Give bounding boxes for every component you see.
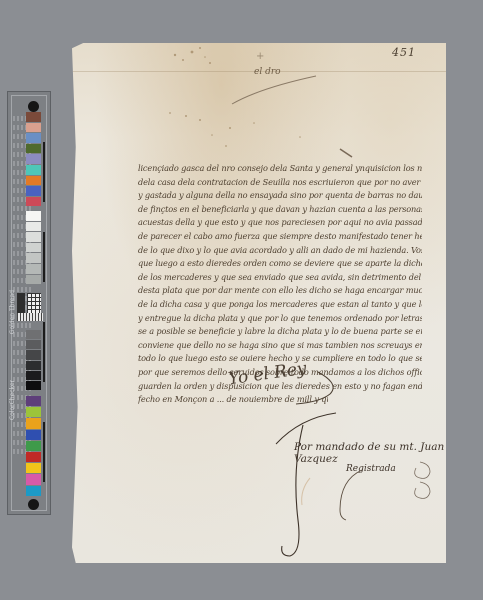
color-patch-light-skin bbox=[26, 123, 41, 133]
strip-chart-label: ColorChecker bbox=[9, 380, 16, 420]
color-patch-gray-0 bbox=[26, 211, 41, 221]
letter-line: conviene que dello no se haga sino que s… bbox=[138, 339, 422, 353]
color-patch-dark-4 bbox=[26, 371, 41, 380]
letter-line: fecho en Monçon a ... de nouiembre de mi… bbox=[138, 393, 328, 407]
color-patch-yellow-green bbox=[26, 407, 41, 417]
letter-line: se a posible se beneficie y labre la dic… bbox=[138, 325, 422, 339]
color-patch-gray-6 bbox=[26, 275, 41, 285]
letter-line: desta plata que por dar mente con ello l… bbox=[138, 284, 422, 298]
color-patch-magenta bbox=[26, 474, 41, 484]
letter-line: acuestas della y que esto y que nos pare… bbox=[138, 216, 422, 230]
folio-number: 451 bbox=[392, 46, 416, 59]
color-patch-red bbox=[26, 452, 41, 462]
color-patch-green bbox=[26, 441, 41, 451]
color-patch-gray-4 bbox=[26, 253, 41, 263]
color-patch-dark-1 bbox=[26, 340, 41, 349]
registration-signature: Registrada bbox=[346, 464, 396, 474]
color-patch-gray-5 bbox=[26, 264, 41, 274]
color-patch-dark-5 bbox=[26, 381, 41, 390]
color-patch-blue-flower bbox=[26, 154, 41, 164]
letter-line: de lo que dixo y lo que avia acordado y … bbox=[138, 244, 422, 258]
strip-brand-label: Golden Thread bbox=[9, 290, 16, 334]
strip-ruler bbox=[43, 102, 45, 504]
color-patch-dark-0 bbox=[26, 330, 41, 339]
color-patch-dark-2 bbox=[26, 350, 41, 359]
color-patch-cyan bbox=[26, 486, 41, 496]
color-patch-gray-2 bbox=[26, 232, 41, 242]
color-patch-gray-1 bbox=[26, 222, 41, 232]
letter-line: y entregue la dicha plata y que por lo q… bbox=[138, 312, 422, 326]
header-note: el dro bbox=[254, 67, 281, 77]
cross-mark: + bbox=[256, 51, 264, 62]
secretary-signature: Por mandado de su mt. Juan Vazquez bbox=[294, 441, 483, 465]
letter-line: dela casa dela contratacion de Seuilla n… bbox=[138, 176, 422, 190]
registration-dot-top bbox=[28, 101, 39, 112]
letter-line: licençiado gasca del nro consejo dela Sa… bbox=[138, 162, 422, 176]
qr-code bbox=[27, 293, 41, 315]
barcode-base bbox=[17, 313, 43, 321]
color-patch-dark-3 bbox=[26, 361, 41, 370]
letter-line: de la dicha casa y que ponga los mercade… bbox=[138, 298, 422, 312]
color-patch-purple bbox=[26, 396, 41, 406]
color-patch-bluish-green bbox=[26, 165, 41, 175]
color-patch-foliage bbox=[26, 144, 41, 154]
registration-dot-bottom bbox=[28, 499, 39, 510]
color-patch-purplish-blue bbox=[26, 186, 41, 196]
barcode-bar bbox=[17, 293, 25, 313]
letter-line: de parecer el cabo amo fuerza que siempr… bbox=[138, 230, 422, 244]
letter-line: de finçtos en el beneficiarla y que dava… bbox=[138, 203, 422, 217]
color-patch-brown bbox=[26, 112, 41, 122]
letter-line: y gastada y alguna della no ensayada sin… bbox=[138, 189, 422, 203]
letter-line: de los mercaderes y que sea enviado que … bbox=[138, 271, 422, 285]
color-patch-orange bbox=[26, 176, 41, 186]
color-patch-blue-sky bbox=[26, 133, 41, 143]
letter-line: que luego a esto dieredes orden como se … bbox=[138, 257, 422, 271]
color-patch-blue bbox=[26, 430, 41, 440]
color-patch-moderate-red bbox=[26, 197, 41, 207]
color-patch-gray-3 bbox=[26, 243, 41, 253]
color-patch-orange-yellow bbox=[26, 418, 41, 428]
color-patch-yellow bbox=[26, 463, 41, 473]
